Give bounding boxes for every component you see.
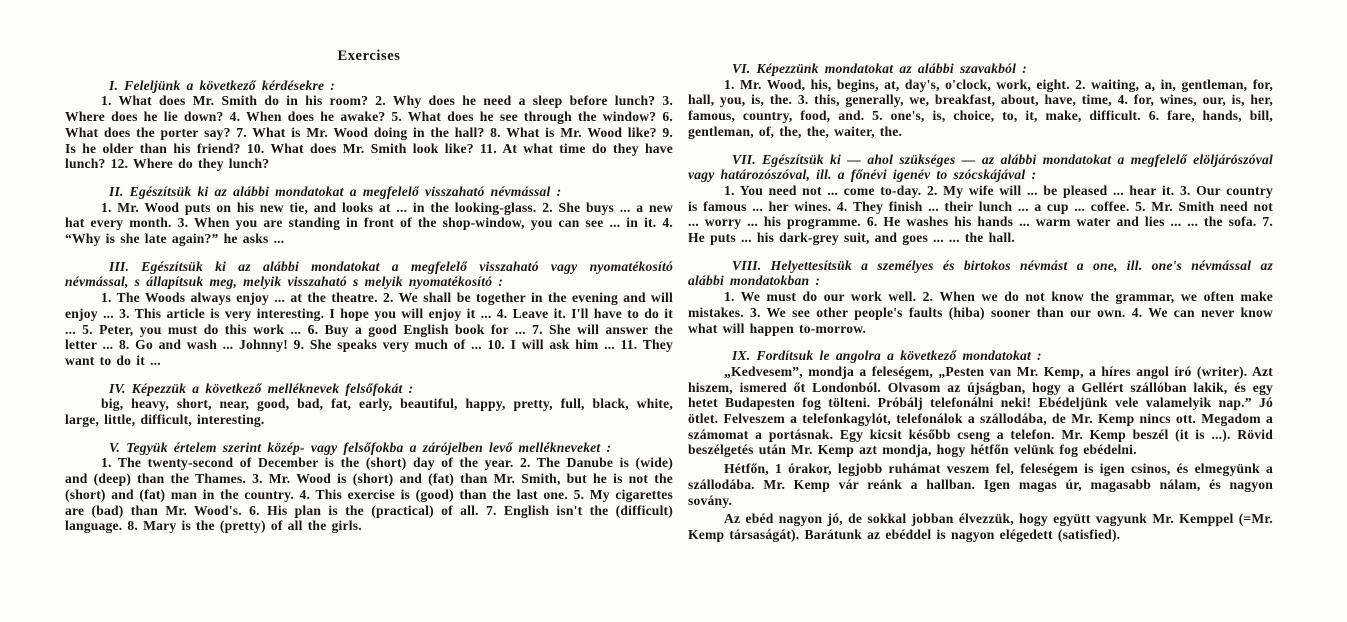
section-9-paragraph-2: Hétfőn, 1 órakor, legjobb ruhámat veszem…	[688, 461, 1273, 508]
book-page: Exercises I. Feleljünk a következő kérdé…	[0, 0, 1347, 622]
section-8-paragraph: 1. We must do our work well. 2. When we …	[688, 289, 1273, 336]
section-3-heading: III. Egészítsük ki az alábbi mondatokat …	[65, 259, 673, 290]
section-9-paragraph-1: „Kedvesem”, mondja a feleségem, „Pesten …	[688, 364, 1273, 458]
exercise-section-6: VI. Képezzünk mondatokat az alábbi szava…	[688, 61, 1273, 140]
section-9-paragraph-3: Az ebéd nagyon jó, de sokkal jobban élve…	[688, 511, 1273, 542]
section-7-paragraph: 1. You need not ... come to-day. 2. My w…	[688, 183, 1273, 246]
section-4-heading: IV. Képezzük a következő melléknevek fel…	[65, 381, 673, 397]
section-5-paragraph: 1. The twenty-second of December is the …	[65, 455, 673, 534]
page-title: Exercises	[65, 49, 673, 65]
exercise-section-7: VII. Egészítsük ki — ahol szükséges — az…	[688, 152, 1273, 246]
section-7-heading: VII. Egészítsük ki — ahol szükséges — az…	[688, 152, 1273, 183]
exercise-section-9: IX. Fordítsuk le angolra a következő mon…	[688, 348, 1273, 542]
section-6-heading: VI. Képezzünk mondatokat az alábbi szava…	[688, 61, 1273, 77]
section-1-paragraph: 1. What does Mr. Smith do in his room? 2…	[65, 93, 673, 172]
section-5-heading: V. Tegyük értelem szerint közép- vagy fe…	[65, 440, 673, 456]
section-2-paragraph: 1. Mr. Wood puts on his new tie, and loo…	[65, 200, 673, 247]
exercise-section-4: IV. Képezzük a következő melléknevek fel…	[65, 381, 673, 428]
section-1-heading: I. Feleljünk a következő kérdésekre :	[65, 78, 673, 94]
exercise-section-1: I. Feleljünk a következő kérdésekre : 1.…	[65, 78, 673, 172]
section-8-heading: VIII. Helyettesítsük a személyes és birt…	[688, 258, 1273, 289]
section-9-heading: IX. Fordítsuk le angolra a következő mon…	[688, 348, 1273, 364]
exercise-section-3: III. Egészítsük ki az alábbi mondatokat …	[65, 259, 673, 369]
left-column: Exercises I. Feleljünk a következő kérdé…	[65, 49, 673, 546]
right-column: VI. Képezzünk mondatokat az alábbi szava…	[688, 61, 1273, 555]
exercise-section-8: VIII. Helyettesítsük a személyes és birt…	[688, 258, 1273, 337]
section-4-paragraph: big, heavy, short, near, good, bad, fat,…	[65, 396, 673, 427]
section-2-heading: II. Egészítsük ki az alábbi mondatokat a…	[65, 184, 673, 200]
exercise-section-2: II. Egészítsük ki az alábbi mondatokat a…	[65, 184, 673, 247]
exercise-section-5: V. Tegyük értelem szerint közép- vagy fe…	[65, 440, 673, 534]
section-6-paragraph: 1. Mr. Wood, his, begins, at, day's, o'c…	[688, 77, 1273, 140]
section-3-paragraph: 1. The Woods always enjoy ... at the the…	[65, 290, 673, 369]
